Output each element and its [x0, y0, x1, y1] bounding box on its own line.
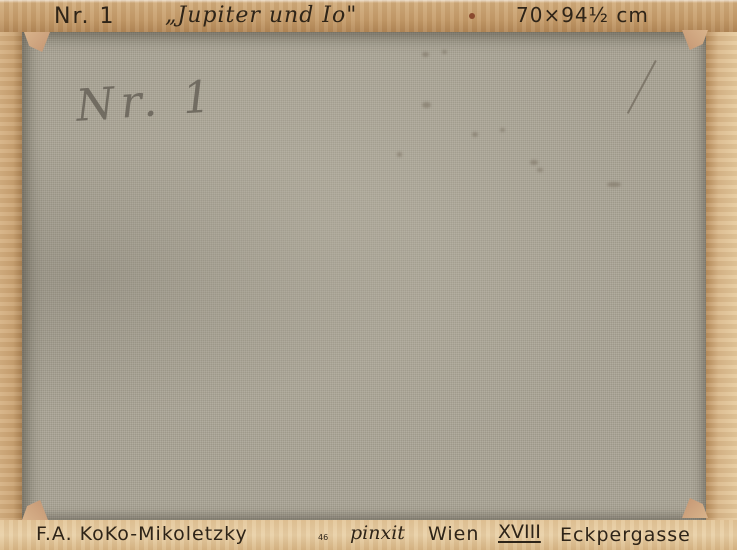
stain — [397, 152, 402, 157]
stain — [442, 50, 447, 54]
stain — [530, 160, 538, 165]
year-inscription: 46 — [318, 534, 328, 542]
canvas-back-photo: Nr. 1 Nr. 1 „Jupiter und Io" 70×94½ cm F… — [0, 0, 737, 550]
district-inscription: XVIII — [498, 523, 541, 542]
nail-head — [469, 13, 475, 19]
stain — [537, 168, 543, 172]
stretcher-bar-left — [0, 28, 22, 522]
artist-signature: F.A. KoKo-Mikoletzky — [36, 525, 248, 544]
stain — [500, 128, 505, 132]
top-number-inscription: Nr. 1 — [54, 6, 115, 28]
top-dimensions-inscription: 70×94½ cm — [516, 5, 649, 25]
top-title-inscription: „Jupiter und Io" — [165, 5, 357, 27]
stretcher-bar-right — [706, 28, 737, 522]
stain — [472, 132, 478, 137]
linen-canvas: Nr. 1 — [22, 32, 706, 520]
stain — [422, 52, 429, 57]
stain — [607, 182, 621, 187]
street-inscription: Eckpergasse — [560, 526, 691, 545]
pinxit-inscription: pinxit — [350, 524, 405, 543]
city-inscription: Wien — [428, 525, 479, 544]
stain — [422, 102, 431, 108]
canvas-pencil-number: Nr. 1 — [74, 71, 218, 132]
